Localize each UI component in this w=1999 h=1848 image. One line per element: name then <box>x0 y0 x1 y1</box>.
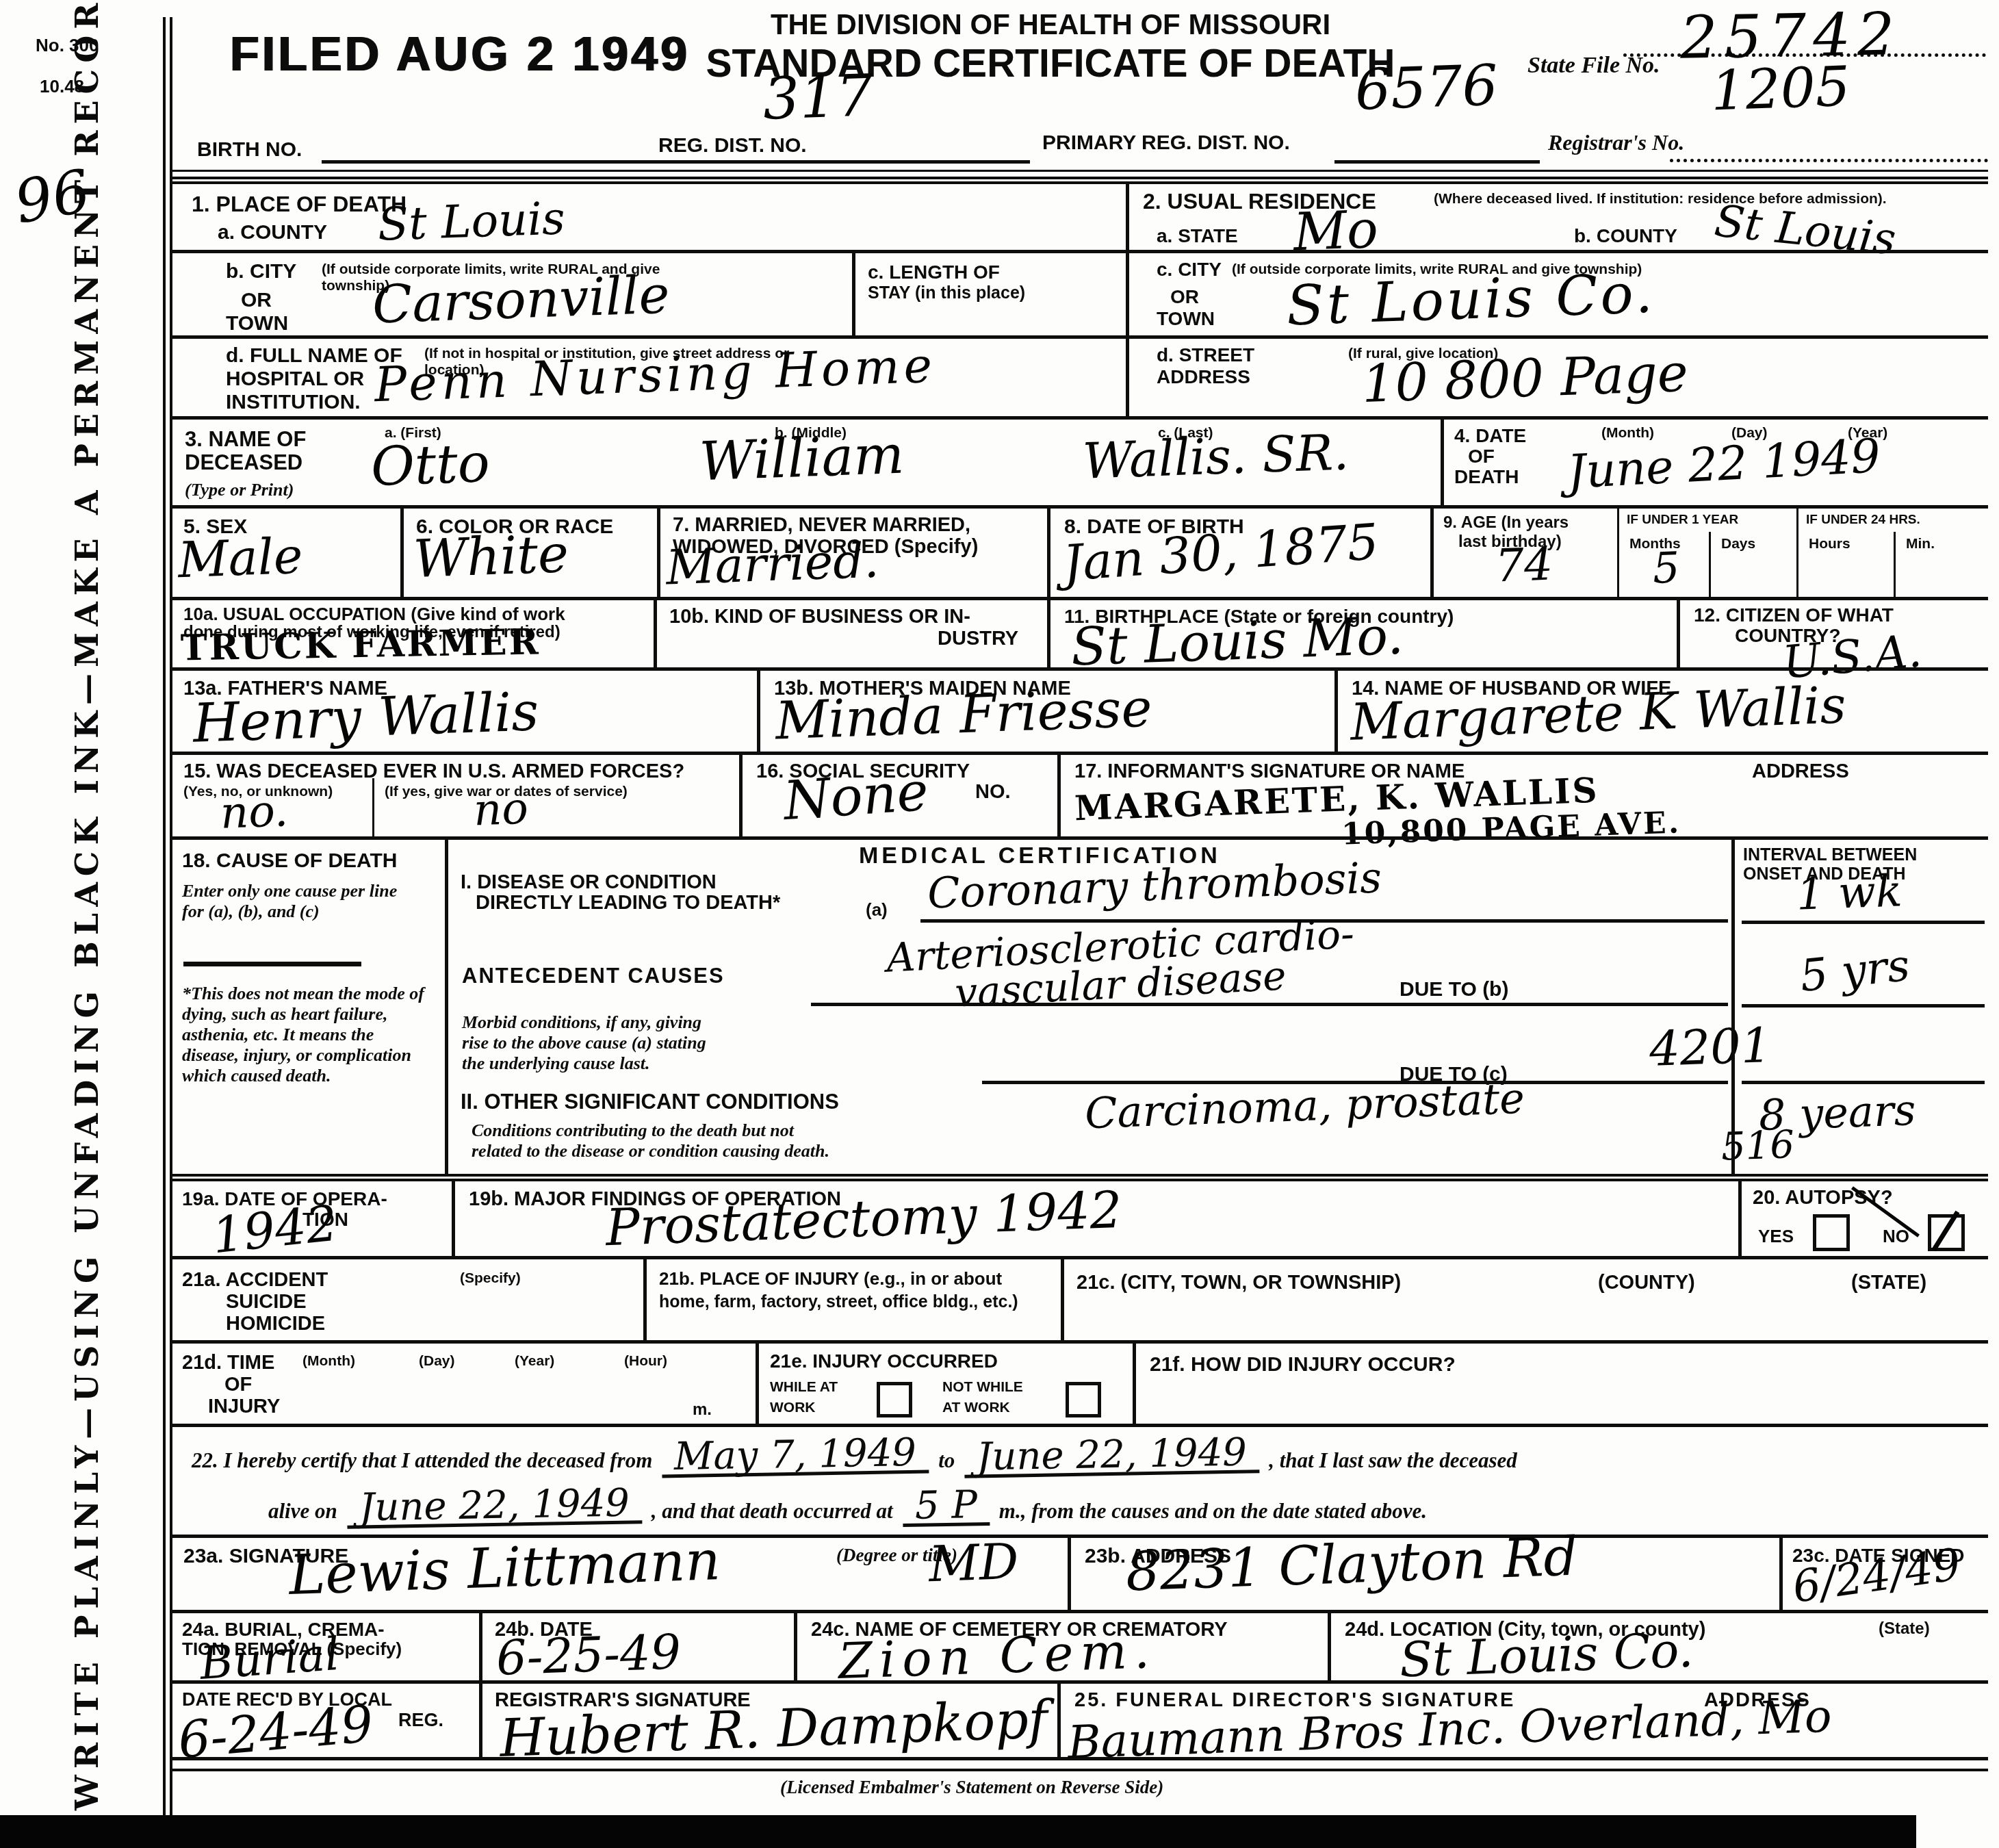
burial-value: Burial <box>198 1632 341 1686</box>
age-divider-2 <box>1709 532 1711 600</box>
cause-instruction-2: *This does not mean the mode of dying, s… <box>182 984 426 1086</box>
dod-label-2: OF <box>1468 446 1495 467</box>
forces-divider <box>372 778 374 840</box>
certify-seg2: to <box>938 1448 955 1473</box>
row-injury-time: 21d. TIME OF INJURY (Month) (Day) (Year)… <box>172 1340 1988 1424</box>
residence-city-value: St Louis Co. <box>1286 266 1656 334</box>
other-value: Carcinoma, prostate <box>1084 1077 1525 1135</box>
cell-armed-forces: 15. WAS DECEASED EVER IN U.S. ARMED FORC… <box>172 755 739 836</box>
cell-how-injury: 21f. HOW DID INJURY OCCUR? <box>1133 1344 1991 1424</box>
other-note-2: related to the disease or condition caus… <box>472 1141 829 1162</box>
accident-label-2: SUICIDE <box>226 1291 307 1313</box>
certify-seg1: 22. I hereby certify that I attended the… <box>192 1448 652 1473</box>
certify-from-value: May 7, 1949 <box>662 1436 929 1478</box>
place-of-death-label: 1. PLACE OF DEATH <box>192 192 407 217</box>
age-label-1: 9. AGE (In years <box>1443 514 1569 532</box>
injury-place-label-1: 21b. PLACE OF INJURY (e.g., in or about <box>659 1269 1002 1289</box>
burial-date-value: 6-25-49 <box>495 1628 682 1682</box>
cell-dob: 8. DATE OF BIRTH Jan 30, 1875 <box>1047 509 1434 597</box>
birth-no-label: BIRTH NO. <box>197 138 302 162</box>
pod-county-label: a. COUNTY <box>218 221 327 244</box>
cell-date-of-death: 4. DATE OF DEATH (Month) (Day) (Year) Ju… <box>1441 420 1991 505</box>
cell-injury-occurred: 21e. INJURY OCCURRED WHILE AT WORK NOT W… <box>756 1344 1136 1424</box>
row-hospital: d. FULL NAME OF (If not in hospital or i… <box>172 335 1988 416</box>
dod-label-1: 4. DATE <box>1454 425 1526 446</box>
antecedent-note-3: the underlying cause last. <box>462 1053 649 1074</box>
dod-label-3: DEATH <box>1454 466 1519 487</box>
cell-operation-date: 19a. DATE OF OPERA- TION 1942 <box>172 1181 452 1256</box>
accident-label-3: HOMICIDE <box>226 1313 325 1335</box>
interval-a-value: 1 wk <box>1796 869 1903 916</box>
cell-business: 10b. KIND OF BUSINESS OR IN- DUSTRY <box>654 600 1050 667</box>
cell-interval: INTERVAL BETWEEN ONSET AND DEATH 1 wk 5 … <box>1731 840 1991 1174</box>
interval-other-value: 8 years <box>1758 1089 1916 1137</box>
interval-b-value: 5 yrs <box>1798 944 1911 999</box>
row-medical-certification: 18. CAUSE OF DEATH Enter only one cause … <box>172 836 1988 1174</box>
hospital-label-3: INSTITUTION. <box>226 391 361 414</box>
injury-location-label: 21c. (CITY, TOWN, OR TOWNSHIP) <box>1076 1272 1401 1294</box>
residence-city-label: c. CITY <box>1157 259 1222 280</box>
cause-divider-line <box>183 962 361 966</box>
cell-mother: 13b. MOTHER'S MAIDEN NAME Minda Friesse <box>757 671 1338 752</box>
cell-registrar-signature: REGISTRAR'S SIGNATURE Hubert R. Dampkopf <box>479 1684 1061 1757</box>
row-registrar: DATE REC'D BY LOCAL REG. 6-24-49 REGISTR… <box>172 1680 1988 1760</box>
interval-line-3 <box>1742 1081 1985 1084</box>
filed-stamp: FILED AUG 2 1949 <box>229 27 689 81</box>
cell-accident: 21a. ACCIDENT SUICIDE HOMICIDE (Specify) <box>172 1259 643 1340</box>
business-label-2: DUSTRY <box>938 628 1018 650</box>
stay-label-2: STAY (in this place) <box>868 283 1025 303</box>
cell-length-of-stay: c. LENGTH OF STAY (in this place) <box>852 253 1129 335</box>
recd-value: 6-24-49 <box>176 1699 375 1767</box>
cell-usual-residence: 2. USUAL RESIDENCE (Where deceased lived… <box>1126 184 1991 250</box>
margin-vertical-instruction: WRITE PLAINLY—USING UNFADING BLACK INK—M… <box>68 216 105 1810</box>
informant-address-label: ADDRESS <box>1752 760 1849 782</box>
deceased-note: (Type or Print) <box>185 480 294 500</box>
pod-city-label-or: OR <box>241 289 272 312</box>
cell-physician-address: 23b. ADDRESS 8231 Clayton Rd <box>1068 1538 1783 1610</box>
disease-a-label: (a) <box>866 900 888 920</box>
accident-label-1: 21a. ACCIDENT <box>182 1269 328 1291</box>
row-operation: 19a. DATE OF OPERA- TION 1942 19b. MAJOR… <box>172 1174 1988 1256</box>
while-label-2: WORK <box>770 1400 816 1416</box>
reg-dist-value: 317 <box>762 66 874 128</box>
row-city: b. CITY (If outside corporate limits, wr… <box>172 250 1988 335</box>
row-signature: 23a. SIGNATURE (Degree or title) Lewis L… <box>172 1535 1988 1610</box>
cell-hospital: d. FULL NAME OF (If not in hospital or i… <box>172 339 1126 416</box>
street-value: 10 800 Page <box>1361 347 1689 411</box>
min-label: Min. <box>1906 536 1935 552</box>
while-at-work-checkbox <box>877 1382 912 1417</box>
cell-sex: 5. SEX Male <box>172 509 400 597</box>
age-divider-4 <box>1894 532 1896 600</box>
certify-line-2: alive on June 22, 1949 , and that death … <box>268 1489 1427 1526</box>
injury-place-label-2: home, farm, factory, street, office bldg… <box>659 1292 1018 1311</box>
occurred-label: 21e. INJURY OCCURRED <box>770 1350 998 1372</box>
reg-dist-label: REG. DIST. NO. <box>658 134 807 157</box>
injury-state-label: (STATE) <box>1851 1272 1926 1294</box>
form-left-border-outer <box>163 17 166 1817</box>
cell-occupation: 10a. USUAL OCCUPATION (Give kind of work… <box>172 600 654 667</box>
cell-cemetery-location: 24d. LOCATION (City, town, or county) (S… <box>1328 1613 1991 1680</box>
cell-burial: 24a. BURIAL, CREMA- TION, REMOVAL (Speci… <box>172 1613 479 1680</box>
time-m-label: m. <box>693 1401 712 1420</box>
disease-label-2: DIRECTLY LEADING TO DEATH* <box>476 892 780 914</box>
cell-spouse: 14. NAME OF HUSBAND OR WIFE Margarete K … <box>1334 671 1991 752</box>
cell-ssn: 16. SOCIAL SECURITY NO. None <box>739 755 1061 836</box>
accident-note: (Specify) <box>460 1270 521 1287</box>
autopsy-no-mark <box>1932 1211 1960 1252</box>
certify-time-value: 5 P <box>902 1488 990 1528</box>
race-value: White <box>413 528 569 585</box>
cause-label: 18. CAUSE OF DEATH <box>182 849 398 873</box>
not-while-label-1: NOT WHILE <box>942 1379 1023 1396</box>
cell-place-of-death: 1. PLACE OF DEATH a. COUNTY St Louis <box>172 184 1126 250</box>
cell-injury-location: 21c. (CITY, TOWN, OR TOWNSHIP) (COUNTY) … <box>1061 1259 1991 1340</box>
row-sex-race: 5. SEX Male 6. COLOR OR RACE White 7. MA… <box>172 505 1988 597</box>
registrar-no-label: Registrar's No. <box>1548 130 1684 155</box>
embalmer-note: (Licensed Embalmer's Statement on Revers… <box>780 1777 1163 1798</box>
degree-value: MD <box>928 1537 1020 1589</box>
primary-reg-dist-label: PRIMARY REG. DIST. NO. <box>1042 131 1290 155</box>
occupation-value: TRUCK FARMER <box>181 624 541 666</box>
autopsy-no-label: NO <box>1883 1227 1909 1246</box>
pod-city-label-town: TOWN <box>226 312 288 335</box>
time-label-3: INJURY <box>208 1396 280 1417</box>
row-accident: 21a. ACCIDENT SUICIDE HOMICIDE (Specify)… <box>172 1256 1988 1340</box>
op-date-value: 1942 <box>210 1198 340 1261</box>
cell-name-of-deceased: 3. NAME OF DECEASED (Type or Print) a. (… <box>172 420 1441 505</box>
certify-seg3: , that I last saw the deceased <box>1269 1448 1517 1473</box>
cell-operation-findings: 19b. MAJOR FINDINGS OF OPERATION Prostat… <box>452 1181 1742 1256</box>
citizen-label-1: 12. CITIZEN OF WHAT <box>1694 604 1894 626</box>
street-label-1: d. STREET <box>1157 344 1254 365</box>
autopsy-yes-checkbox <box>1813 1214 1850 1251</box>
reg-dist-line <box>753 160 1030 164</box>
antecedent-title: ANTECEDENT CAUSES <box>462 964 725 988</box>
residence-city-label-town: TOWN <box>1157 308 1215 329</box>
forces-label: 15. WAS DECEASED EVER IN U.S. ARMED FORC… <box>183 760 684 782</box>
cell-medical-cert: MEDICAL CERTIFICATION I. DISEASE OR COND… <box>445 840 1735 1174</box>
death-certificate-scan: No. 300 10.48 96 WRITE PLAINLY—USING UNF… <box>0 0 1999 1848</box>
time-label-2: OF <box>224 1374 252 1396</box>
time-year-label: (Year) <box>515 1353 554 1370</box>
deceased-label-1: 3. NAME OF <box>185 428 306 452</box>
hospital-label-2: HOSPITAL OR <box>226 368 364 391</box>
certify-seg6: m., from the causes and on the date stat… <box>999 1499 1427 1524</box>
row-forces-informant: 15. WAS DECEASED EVER IN U.S. ARMED FORC… <box>172 752 1988 836</box>
cell-date-received: DATE REC'D BY LOCAL REG. 6-24-49 <box>172 1684 479 1757</box>
age-value: 74 <box>1495 542 1553 589</box>
cell-funeral-director: 25. FUNERAL DIRECTOR'S SIGNATURE ADDRESS… <box>1057 1684 1991 1757</box>
physician-address-value: 8231 Clayton Rd <box>1125 1530 1579 1599</box>
cemetery-location-value: St Louis Co. <box>1399 1626 1694 1684</box>
autopsy-label: 20. AUTOPSY? <box>1753 1187 1893 1209</box>
signature-value: Lewis Littmann <box>288 1533 721 1603</box>
row-certify: 22. I hereby certify that I attended the… <box>172 1424 1988 1535</box>
certify-seg5: , and that death occurred at <box>652 1499 893 1524</box>
spouse-value: Margarete K Wallis <box>1350 680 1847 747</box>
time-label-1: 21d. TIME <box>182 1352 274 1374</box>
row-place-residence: 1. PLACE OF DEATH a. COUNTY St Louis 2. … <box>172 177 1988 250</box>
due-b-label: DUE TO (b) <box>1400 978 1508 1001</box>
pod-city-label: b. CITY <box>226 260 296 283</box>
cell-birthplace: 11. BIRTHPLACE (State or foreign country… <box>1047 600 1680 667</box>
scan-artifact-bar <box>0 1815 1916 1848</box>
first-name-value: Otto <box>370 437 491 494</box>
primary-reg-dist-line <box>1334 160 1540 164</box>
middle-name-value: William <box>699 428 905 489</box>
disease-value: Coronary thrombosis <box>927 856 1382 914</box>
sex-value: Male <box>177 531 304 585</box>
residence-city-label-or: OR <box>1170 286 1199 307</box>
cell-informant: 17. INFORMANT'S SIGNATURE OR NAME ADDRES… <box>1057 755 1991 836</box>
autopsy-no-checkbox <box>1928 1214 1965 1251</box>
row-name: 3. NAME OF DECEASED (Type or Print) a. (… <box>172 416 1988 505</box>
cell-burial-date: 24b. DATE 6-25-49 <box>479 1613 797 1680</box>
cell-father: 13a. FATHER'S NAME Henry Wallis <box>172 671 757 752</box>
cell-date-signed: 23c. DATE SIGNED 6/24/49 <box>1779 1538 1991 1610</box>
interval-line-2 <box>1742 1004 1985 1008</box>
dod-month-label: (Month) <box>1601 425 1654 441</box>
ssn-label-2: NO. <box>975 781 1011 803</box>
certify-seg4: alive on <box>268 1499 337 1524</box>
disease-label-1: I. DISEASE OR CONDITION <box>461 871 717 893</box>
row-burial: 24a. BURIAL, CREMA- TION, REMOVAL (Speci… <box>172 1610 1988 1680</box>
time-day-label: (Day) <box>419 1353 455 1370</box>
registrar-no-line <box>1670 159 1988 162</box>
residence-note: (Where deceased lived. If institution: r… <box>1434 191 1981 207</box>
street-label-2: ADDRESS <box>1157 366 1250 387</box>
days-label: Days <box>1721 536 1755 552</box>
how-injury-label: 21f. HOW DID INJURY OCCUR? <box>1150 1353 1456 1376</box>
cause-instruction-1: Enter only one cause per line for (a), (… <box>182 881 422 922</box>
hours-label: Hours <box>1809 536 1850 552</box>
time-hour-label: (Hour) <box>624 1353 667 1370</box>
not-while-label-2: AT WORK <box>942 1400 1010 1416</box>
time-month-label: (Month) <box>302 1353 355 1370</box>
forces-value-2: no <box>473 787 529 833</box>
antecedent-note-1: Morbid conditions, if any, giving <box>462 1012 701 1033</box>
cell-autopsy: 20. AUTOPSY? YES NO <box>1738 1181 1991 1256</box>
cell-injury-place: 21b. PLACE OF INJURY (e.g., in or about … <box>643 1259 1064 1340</box>
father-value: Henry Wallis <box>192 685 540 751</box>
mother-value: Minda Friesse <box>775 682 1153 747</box>
recd-label-2: REG. <box>398 1710 443 1730</box>
certify-to-value: June 22, 1949 <box>964 1435 1260 1478</box>
interval-line-1 <box>1742 921 1985 924</box>
pod-county-value: St Louis <box>377 196 566 248</box>
deceased-label-2: DECEASED <box>185 451 302 475</box>
other-note-1: Conditions contributing to the death but… <box>472 1120 794 1141</box>
ssn-value: None <box>782 765 931 829</box>
autopsy-yes-label: YES <box>1758 1227 1794 1246</box>
cell-injury-time: 21d. TIME OF INJURY (Month) (Day) (Year)… <box>172 1344 756 1424</box>
injury-county-label: (COUNTY) <box>1598 1272 1695 1294</box>
stay-label-1: c. LENGTH OF <box>868 261 1000 283</box>
cell-race: 6. COLOR OR RACE White <box>400 509 660 597</box>
age-divider-3 <box>1796 509 1798 600</box>
under1-label: IF UNDER 1 YEAR <box>1627 513 1738 527</box>
last-name-value: Wallis. SR. <box>1082 427 1350 486</box>
row-occupation: 10a. USUAL OCCUPATION (Give kind of work… <box>172 597 1988 667</box>
division-title: THE DIVISION OF HEALTH OF MISSOURI <box>654 8 1447 40</box>
pod-city-value: Carsonville <box>372 268 671 331</box>
cemetery-value: Zion Cem. <box>838 1626 1157 1686</box>
under24-label: IF UNDER 24 HRS. <box>1806 513 1920 527</box>
certify-alive-value: June 22, 1949 <box>346 1486 642 1529</box>
row-parents: 13a. FATHER'S NAME Henry Wallis 13b. MOT… <box>172 667 1988 752</box>
cell-physician-signature: 23a. SIGNATURE (Degree or title) Lewis L… <box>172 1538 1068 1610</box>
cell-marital: 7. MARRIED, NEVER MARRIED, WIDOWED, DIVO… <box>657 509 1050 597</box>
age-divider-1 <box>1617 509 1619 600</box>
marital-value: Married. <box>665 537 879 592</box>
cell-cause-instructions: 18. CAUSE OF DEATH Enter only one cause … <box>172 840 445 1174</box>
residence-state-label: a. STATE <box>1157 225 1238 246</box>
certify-line-1: 22. I hereby certify that I attended the… <box>192 1438 1517 1476</box>
birthplace-value: St Louis Mo. <box>1070 610 1404 673</box>
other-conditions-label: II. OTHER SIGNIFICANT CONDITIONS <box>461 1090 839 1114</box>
cell-residence-city: c. CITY (If outside corporate limits, wr… <box>1126 253 1991 335</box>
cell-age: 9. AGE (In years last birthday) 74 IF UN… <box>1430 509 1991 597</box>
business-label-1: 10b. KIND OF BUSINESS OR IN- <box>669 606 970 628</box>
cell-street-address: d. STREET ADDRESS (If rural, give locati… <box>1126 339 1991 416</box>
cemetery-state-label: (State) <box>1879 1620 1930 1639</box>
primary-reg-dist-value: 6576 <box>1354 57 1499 118</box>
grid-bottom-line <box>172 1769 1988 1771</box>
marital-label-1: 7. MARRIED, NEVER MARRIED, <box>673 514 970 536</box>
antecedent-note-2: rise to the above cause (a) stating <box>462 1033 706 1053</box>
cell-citizen: 12. CITIZEN OF WHAT COUNTRY? U.S.A. <box>1677 600 1991 667</box>
due-b-underline <box>811 1003 1728 1006</box>
forces-value-1: no. <box>220 789 289 835</box>
dod-value: June 22 1949 <box>1566 433 1882 496</box>
months-value: 5 <box>1652 546 1681 589</box>
while-label-1: WHILE AT <box>770 1379 838 1396</box>
cell-cemetery: 24c. NAME OF CEMETERY OR CREMATORY Zion … <box>794 1613 1331 1680</box>
registrar-no-value: 1205 <box>1710 59 1851 118</box>
grid-top-line <box>172 170 1988 172</box>
not-while-at-work-checkbox <box>1066 1382 1101 1417</box>
cell-pod-city: b. CITY (If outside corporate limits, wr… <box>172 253 852 335</box>
interval-label-1: INTERVAL BETWEEN <box>1743 845 1917 864</box>
residence-county-label: b. COUNTY <box>1574 225 1677 246</box>
